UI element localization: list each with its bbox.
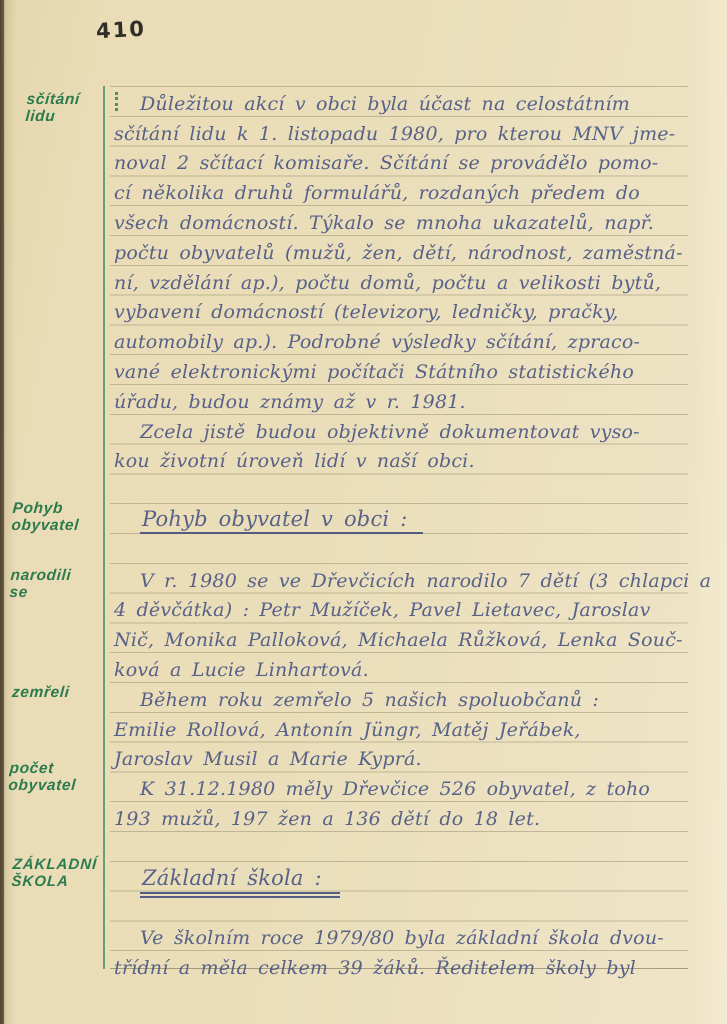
text-line: noval 2 sčítací komisaře. Sčítání se pro… [112, 146, 708, 176]
handwritten-text: Emilie Rollová, Antonín Jüngr, Matěj Jeř… [114, 719, 581, 741]
handwritten-text: sčítání lidu k 1. listopadu 1980, pro kt… [114, 123, 675, 145]
blank-line [112, 533, 708, 563]
text-line: Emilie Rollová, Antonín Jüngr, Matěj Jeř… [112, 712, 708, 742]
blank-line [112, 891, 708, 921]
text-line: sčítání lidu k 1. listopadu 1980, pro kt… [112, 116, 708, 146]
text-line: ková a Lucie Linhartová. [112, 652, 708, 682]
chronicle-page: 410 sčítání lidu Pohyb obyvatel narodili… [0, 0, 727, 1024]
handwritten-text: ková a Lucie Linhartová. [114, 659, 369, 681]
text-line: 4 děvčátka) : Petr Mužíček, Pavel Lietav… [112, 593, 708, 623]
handwritten-text: Jaroslav Musil a Marie Kyprá. [114, 748, 422, 770]
handwritten-text: noval 2 sčítací komisaře. Sčítání se pro… [114, 152, 658, 174]
text-line: Zcela jistě budou objektivně dokumentova… [112, 414, 708, 444]
text-line: ní, vzdělání ap.), počtu domů, počtu a v… [112, 265, 708, 295]
text-line: Během roku zemřelo 5 našich spoluobčanů … [112, 682, 708, 712]
text-line: kou životní úroveň lidí v naší obci. [112, 444, 708, 474]
text-line: Ve školním roce 1979/80 byla základní šk… [112, 920, 708, 950]
handwritten-text: V r. 1980 se ve Dřevčicích narodilo 7 dě… [140, 570, 711, 592]
handwritten-text: Během roku zemřelo 5 našich spoluobčanů … [140, 689, 599, 711]
text-line: V r. 1980 se ve Dřevčicích narodilo 7 dě… [112, 563, 708, 593]
handwritten-text: Nič, Monika Palloková, Michaela Růžková,… [114, 629, 683, 651]
handwritten-text: Pohyb obyvatel v obci : [140, 507, 423, 534]
handwritten-text: Ve školním roce 1979/80 byla základní šk… [140, 927, 664, 949]
section-heading: Základní škola : [112, 861, 708, 891]
handwritten-text: počtu obyvatelů (mužů, žen, dětí, národn… [114, 242, 683, 264]
handwritten-text: kou životní úroveň lidí v naší obci. [114, 450, 475, 472]
handwritten-text: vané elektronickými počítači Státního st… [114, 361, 634, 383]
text-line: Nič, Monika Palloková, Michaela Růžková,… [112, 622, 708, 652]
margin-label-zemreli: zemřeli [11, 684, 70, 701]
text-line: počtu obyvatelů (mužů, žen, dětí, národn… [112, 235, 708, 265]
handwritten-text-block: Důležitou akcí v obci byla účast na celo… [112, 86, 708, 980]
margin-label-pohyb-obyvatel: Pohyb obyvatel [11, 500, 81, 534]
handwritten-text: třídní a měla celkem 39 žáků. Ředitelem … [114, 957, 636, 979]
text-line: K 31.12.1980 měly Dřevčice 526 obyvatel,… [112, 771, 708, 801]
handwritten-text: cí několika druhů formulářů, rozdaných p… [114, 182, 640, 204]
text-line: úřadu, budou známy až v r. 1981. [112, 384, 708, 414]
margin-rule-line [103, 86, 105, 969]
margin-label-zakladni-skola: ZÁKLADNÍ ŠKOLA [11, 857, 98, 890]
text-line: Důležitou akcí v obci byla účast na celo… [112, 86, 708, 116]
handwritten-text: ní, vzdělání ap.), počtu domů, počtu a v… [114, 272, 661, 294]
margin-label-scitani-lidu: sčítání lidu [25, 91, 81, 125]
section-heading: Pohyb obyvatel v obci : [112, 503, 708, 533]
text-line: Jaroslav Musil a Marie Kyprá. [112, 742, 708, 772]
binding-edge-shadow [0, 0, 4, 1024]
text-line: 193 mužů, 197 žen a 136 dětí do 18 let. [112, 801, 708, 831]
margin-label-pocet-obyvatel: počet obyvatel [8, 760, 78, 794]
text-line: automobily ap.). Podrobné výsledky sčítá… [112, 324, 708, 354]
handwritten-text: úřadu, budou známy až v r. 1981. [114, 391, 466, 413]
text-line: všech domácností. Týkalo se mnoha ukazat… [112, 205, 708, 235]
text-line: vybavení domácností (televizory, ledničk… [112, 295, 708, 325]
margin-label-narodili-se: narodili se [9, 567, 72, 601]
handwritten-text: vybavení domácností (televizory, ledničk… [114, 301, 619, 323]
handwritten-text: Zcela jistě budou objektivně dokumentova… [140, 421, 640, 443]
handwritten-text: 4 děvčátka) : Petr Mužíček, Pavel Lietav… [114, 599, 651, 621]
page-number: 410 [95, 17, 146, 44]
handwritten-text: Důležitou akcí v obci byla účast na celo… [140, 93, 630, 115]
handwritten-text: 193 mužů, 197 žen a 136 dětí do 18 let. [114, 808, 540, 830]
text-line: cí několika druhů formulářů, rozdaných p… [112, 175, 708, 205]
blank-line [112, 831, 708, 861]
text-line: vané elektronickými počítači Státního st… [112, 354, 708, 384]
handwritten-text: K 31.12.1980 měly Dřevčice 526 obyvatel,… [140, 778, 650, 800]
text-line: třídní a měla celkem 39 žáků. Ředitelem … [112, 950, 708, 980]
green-correction-mark [115, 92, 118, 111]
handwritten-text: automobily ap.). Podrobné výsledky sčítá… [114, 331, 640, 353]
handwritten-text: všech domácností. Týkalo se mnoha ukazat… [114, 212, 654, 234]
blank-line [112, 473, 708, 503]
